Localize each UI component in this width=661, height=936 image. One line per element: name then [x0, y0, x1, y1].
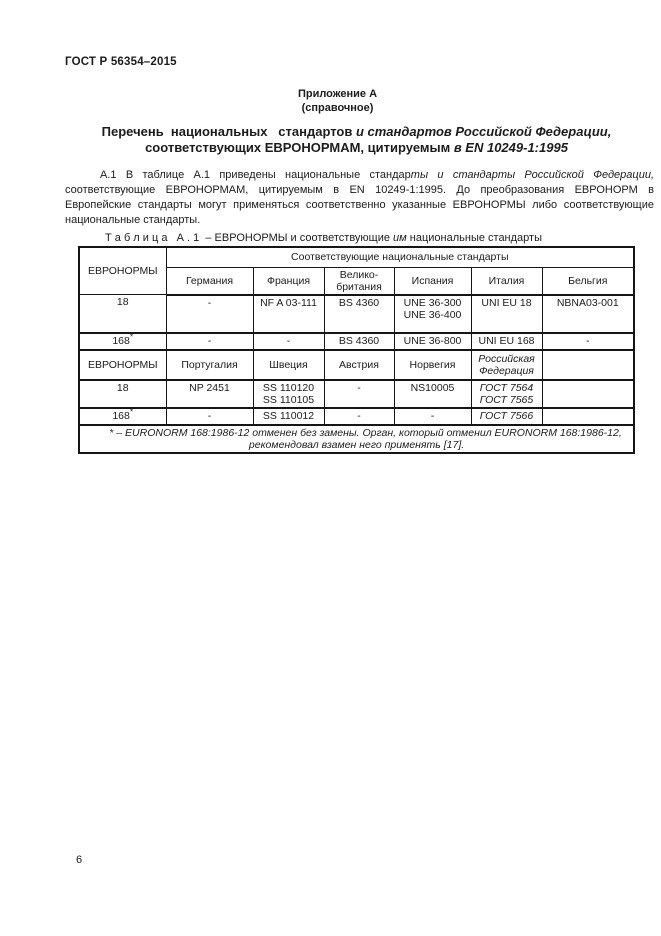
header-austria: Австрия [324, 350, 394, 380]
title-line-2-italic: в EN 10249-1:1995 [454, 140, 568, 155]
cell-russia-168: ГОСТ 7566 [471, 408, 542, 425]
header-row-top: ЕВРОНОРМЫ Соответствующие национальные с… [79, 247, 634, 267]
footnote-marker: * [130, 408, 133, 417]
header-empty [542, 350, 634, 380]
cell-italy-168: UNI EU 168 [471, 333, 542, 350]
cell-belgium-168: - [542, 333, 634, 350]
cell-euronorm-id: 168* [79, 408, 166, 425]
cell-empty-18 [542, 380, 634, 408]
header-great-britain: Велико- британия [324, 267, 394, 295]
page-title: Перечень национальных стандартов и станд… [52, 124, 661, 155]
cell-empty-168 [542, 408, 634, 425]
cell-britain-18: BS 4360 [324, 295, 394, 333]
header-norway: Норвегия [394, 350, 471, 380]
header-italy: Италия [471, 267, 542, 295]
cell-spain-168: UNE 36-800 [394, 333, 471, 350]
row-euronorm-168-bottom: 168* - SS 110012 - - ГОСТ 7566 [79, 408, 634, 425]
row-euronorm-168-top: 168* - - BS 4360 UNE 36-800 UNI EU 168 - [79, 333, 634, 350]
cell-sweden-168: SS 110012 [253, 408, 324, 425]
header-euronorms-2: ЕВРОНОРМЫ [79, 350, 166, 380]
header-row-countries-2: ЕВРОНОРМЫ Португалия Швеция Австрия Норв… [79, 350, 634, 380]
annex-heading: Приложение А (справочное) [14, 88, 661, 115]
cell-portugal-168: - [166, 408, 253, 425]
header-corresponding-standards: Соответствующие национальные стандарты [166, 247, 634, 267]
cell-austria-168: - [324, 408, 394, 425]
title-line-2-normal: соответствующих ЕВРОНОРМАМ, цитируемым [145, 140, 454, 155]
table-caption-italic: им [393, 232, 407, 244]
title-line-2: соответствующих ЕВРОНОРМАМ, цитируемым в… [52, 140, 661, 156]
header-france: Франция [253, 267, 324, 295]
cell-euronorm-id: 168* [79, 333, 166, 350]
header-euronorms: ЕВРОНОРМЫ [79, 247, 166, 295]
doc-number: ГОСТ Р 56354–2015 [65, 56, 177, 68]
standards-table: ЕВРОНОРМЫ Соответствующие национальные с… [78, 246, 635, 454]
cell-france-168: - [253, 333, 324, 350]
cell-france-18: NF A 03-111 [253, 295, 324, 333]
cell-norway-168: - [394, 408, 471, 425]
table-footnote: * – EURONORM 168:1986-12 отменен без зам… [79, 425, 634, 453]
cell-euronorm-id: 18 [79, 295, 166, 333]
header-belgium: Бельгия [542, 267, 634, 295]
cell-russia-18: ГОСТ 7564 ГОСТ 7565 [471, 380, 542, 408]
euronorm-number: 18 [117, 382, 129, 394]
page-number: 6 [76, 854, 82, 866]
euronorm-number: 168 [112, 410, 130, 422]
title-line-1-normal: Перечень национальных стандартов [102, 124, 356, 139]
header-sweden: Швеция [253, 350, 324, 380]
cell-germany-168: - [166, 333, 253, 350]
intro-part-1: А.1 В таблице А.1 приведены национальные… [100, 169, 411, 181]
intro-part-italic: ты и стандарты Российской Федерации, [411, 169, 654, 181]
cell-norway-18: NS10005 [394, 380, 471, 408]
title-line-1: Перечень национальных стандартов и станд… [52, 124, 661, 140]
table-caption: Т а б л и ц а А . 1 – ЕВРОНОРМЫ и соотве… [105, 232, 542, 244]
header-russian-federation: Российская Федерация [471, 350, 542, 380]
cell-spain-18: UNE 36-300 UNE 36-400 [394, 295, 471, 333]
table-caption-end: национальные стандарты [407, 232, 542, 244]
cell-austria-18: - [324, 380, 394, 408]
document-page: { "page": { "number": "6" }, "header": {… [0, 0, 661, 936]
intro-part-3: соответствующие ЕВРОНОРМАМ, цитируемым в… [65, 184, 654, 226]
header-germany: Германия [166, 267, 253, 295]
footnote-row: * – EURONORM 168:1986-12 отменен без зам… [79, 425, 634, 453]
footnote-marker: * [130, 333, 133, 342]
table-caption-label: Т а б л и ц а А . 1 – [105, 232, 215, 244]
euronorm-number: 18 [117, 296, 129, 308]
annex-title: Приложение А [14, 88, 661, 102]
row-euronorm-18-bottom: 18 NP 2451 SS 110120 SS 110105 - NS10005… [79, 380, 634, 408]
header-spain: Испания [394, 267, 471, 295]
table-caption-text: ЕВРОНОРМЫ и соответствующие [215, 232, 394, 244]
cell-germany-18: - [166, 295, 253, 333]
euronorm-number: 168 [112, 335, 130, 347]
annex-note: (справочное) [14, 102, 661, 116]
header-portugal: Португалия [166, 350, 253, 380]
row-euronorm-18-top: 18 - NF A 03-111 BS 4360 UNE 36-300 UNE … [79, 295, 634, 333]
cell-belgium-18: NBNA03-001 [542, 295, 634, 333]
cell-sweden-18: SS 110120 SS 110105 [253, 380, 324, 408]
cell-euronorm-id: 18 [79, 380, 166, 408]
intro-paragraph: А.1 В таблице А.1 приведены национальные… [65, 168, 654, 228]
cell-italy-18: UNI EU 18 [471, 295, 542, 333]
cell-britain-168: BS 4360 [324, 333, 394, 350]
title-line-1-italic: и стандартов Российской Федерации, [356, 124, 611, 139]
cell-portugal-18: NP 2451 [166, 380, 253, 408]
